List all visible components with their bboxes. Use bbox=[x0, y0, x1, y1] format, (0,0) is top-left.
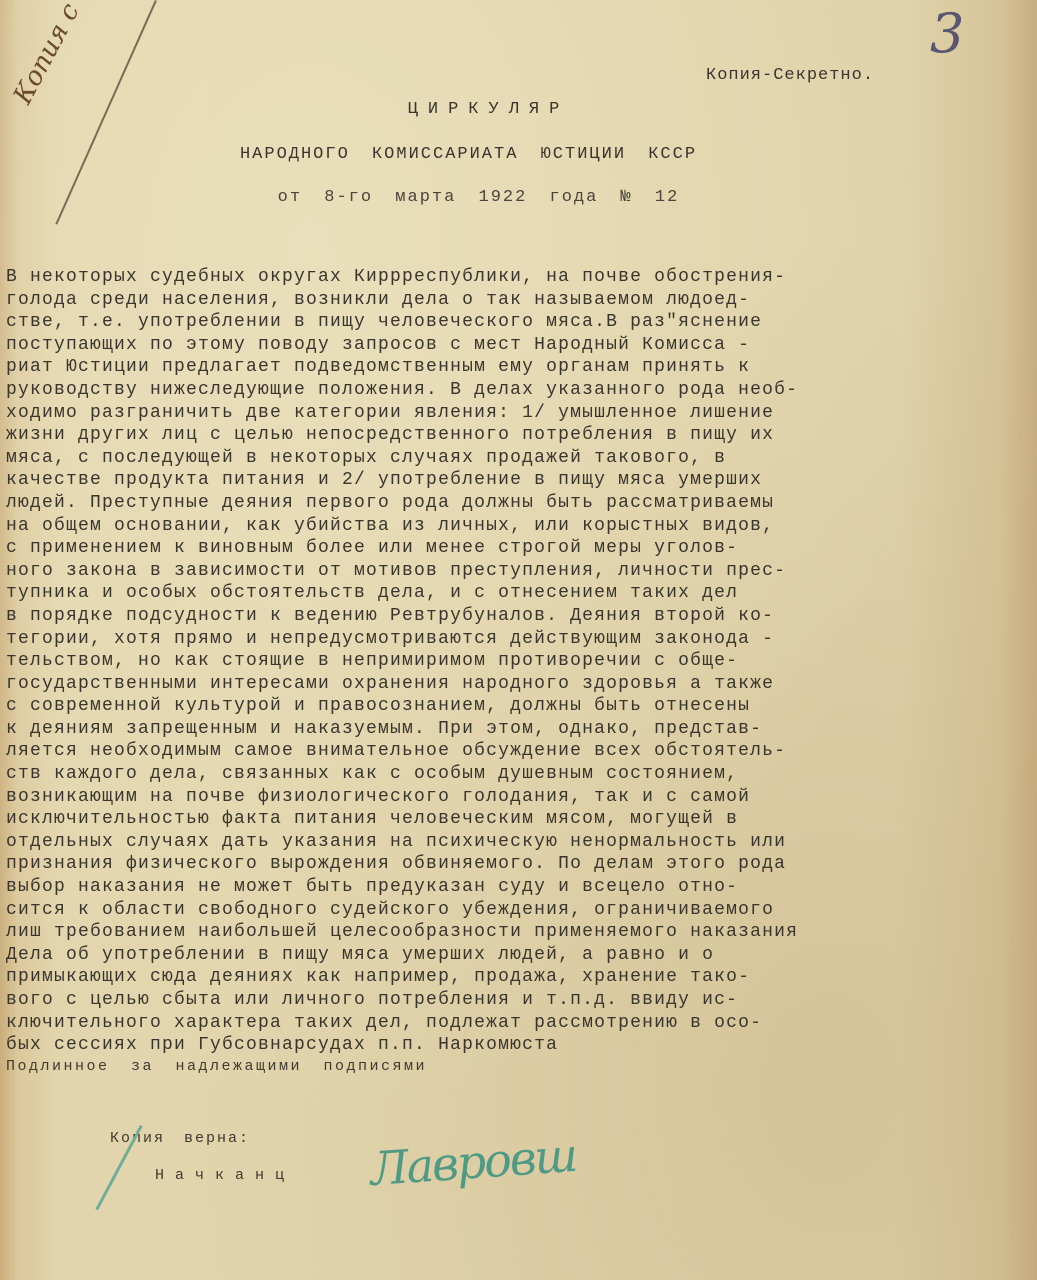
body-line: тупника и особых обстоятельств дела, и с… bbox=[6, 582, 1028, 605]
body-line: ного закона в зависимости от мотивов пре… bbox=[6, 560, 1028, 583]
body-line: мяса, с последующей в некоторых случаях … bbox=[6, 447, 1028, 470]
body-line: выбор наказания не может быть предуказан… bbox=[6, 876, 1028, 899]
body-line: поступающих по этому поводу запросов с м… bbox=[6, 334, 1028, 357]
body-line: тельством, но как стоящие в непримиримом… bbox=[6, 650, 1028, 673]
body-line: признания физического вырождения обвиняе… bbox=[6, 853, 1028, 876]
classification-stamp: Копия-Секретно. bbox=[706, 66, 874, 85]
document-title: ЦИРКУЛЯР bbox=[0, 100, 1007, 119]
body-line: голода среди населения, возникли дела о … bbox=[6, 289, 1028, 312]
body-line: Дела об употреблении в пищу мяса умерших… bbox=[6, 944, 1028, 967]
body-line: исключительностью факта питания человече… bbox=[6, 808, 1028, 831]
signature-stroke bbox=[95, 1125, 142, 1210]
body-line: ств каждого дела, связанных как с особым… bbox=[6, 763, 1028, 786]
body-line: сится к области свободного судейского уб… bbox=[6, 899, 1028, 922]
body-text: В некоторых судебных округах Киррреспубл… bbox=[6, 266, 1028, 1057]
body-line: ходимо разграничить две категории явлени… bbox=[6, 402, 1028, 425]
body-line: возникающим на почве физиологического го… bbox=[6, 786, 1028, 809]
body-line: вого с целью сбыта или личного потреблен… bbox=[6, 989, 1028, 1012]
signature-text: Лавровш bbox=[368, 1128, 577, 1196]
body-line: в порядке подсудности к ведению Ревтрубу… bbox=[6, 605, 1028, 628]
handwritten-signature: Лавровш bbox=[95, 1105, 335, 1215]
body-line: качестве продукта питания и 2/ употребле… bbox=[6, 469, 1028, 492]
body-line: с применением к виновным более или менее… bbox=[6, 537, 1028, 560]
body-line: с современной культурой и правосознанием… bbox=[6, 695, 1028, 718]
closing-note: Подлинное за надлежащими подписями bbox=[6, 1058, 427, 1075]
body-line: В некоторых судебных округах Киррреспубл… bbox=[6, 266, 1028, 289]
body-line: на общем основании, как убийства из личн… bbox=[6, 515, 1028, 538]
body-line: ключительного характера таких дел, подле… bbox=[6, 1012, 1028, 1035]
issuing-authority: НАРОДНОГО КОМИССАРИАТА ЮСТИЦИИ КССР bbox=[0, 145, 987, 164]
body-line: стве, т.е. употреблении в пищу человечес… bbox=[6, 311, 1028, 334]
body-line: отдельных случаях дать указания на психи… bbox=[6, 831, 1028, 854]
body-line: государственными интересами охранения на… bbox=[6, 673, 1028, 696]
body-line: людей. Преступные деяния первого рода до… bbox=[6, 492, 1028, 515]
body-line: руководству нижеследующие положения. В д… bbox=[6, 379, 1028, 402]
body-line: бых сессиях при Губсовнарсудах п.п. Нарк… bbox=[6, 1034, 1028, 1057]
body-line: тегории, хотя прямо и непредусмотриваютс… bbox=[6, 628, 1028, 651]
body-line: риат Юстиции предлагает подведомственным… bbox=[6, 356, 1028, 379]
document-page: Копия с СНК 3 Копия-Секретно. ЦИРКУЛЯР Н… bbox=[0, 0, 1037, 1280]
date-and-number: от 8-го марта 1922 года № 12 bbox=[0, 188, 997, 207]
body-line: жизни других лиц с целью непосредственно… bbox=[6, 424, 1028, 447]
page-number: 3 bbox=[930, 2, 964, 65]
body-line: примыкающих сюда деяниях как например, п… bbox=[6, 966, 1028, 989]
body-line: к деяниям запрещенным и наказуемым. При … bbox=[6, 718, 1028, 741]
body-line: ляется необходимым самое внимательное об… bbox=[6, 740, 1028, 763]
body-line: лиш требованием наибольшей целесообразно… bbox=[6, 921, 1028, 944]
margin-handwritten-note: Копия с СНК bbox=[8, 0, 119, 109]
